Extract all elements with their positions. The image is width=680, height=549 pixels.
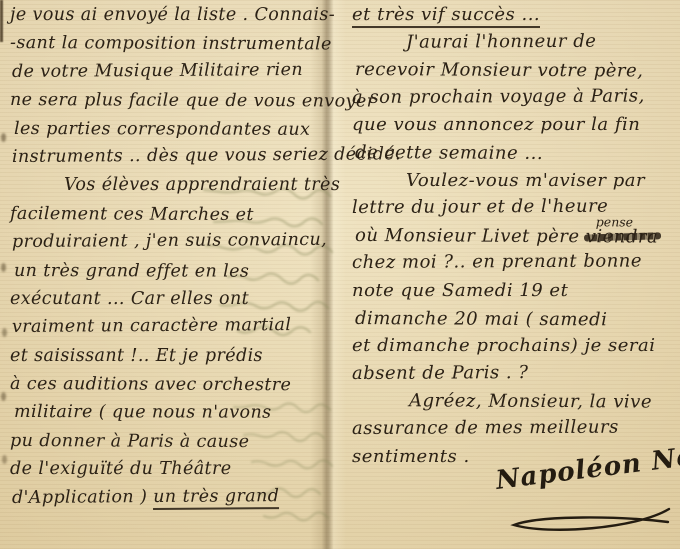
letter-scan: je vous ai envoyé la liste . Connais- -s… (0, 0, 680, 549)
handwritten-line: et dimanche prochains) je serai (352, 335, 674, 363)
handwritten-line: note que Samedi 19 et (352, 280, 674, 308)
handwritten-line: et très vif succès ... (352, 4, 674, 32)
line-text: où Monsieur Livet père (355, 225, 586, 247)
handwritten-line: recevoir Monsieur votre père, (355, 59, 674, 88)
handwritten-line: militaire ( que nous n'avons (14, 402, 318, 431)
left-edge-ink-marks (0, 0, 5, 9)
handwritten-line: d'Application ) un très grand (12, 486, 318, 517)
handwritten-line: de votre Musique Militaire rien (12, 60, 318, 91)
handwritten-line: dimanche 20 mai ( samedi (355, 308, 674, 337)
handwritten-line: facilement ces Marches et (10, 204, 318, 234)
handwritten-line: instruments .. dès que vous seriez décid… (12, 145, 318, 176)
handwritten-line: un très grand effet en les (14, 261, 318, 290)
handwritten-line: assurance de mes meilleurs (352, 416, 674, 445)
handwritten-line: que vous annoncez pour la fin (352, 114, 674, 142)
handwritten-line: je vous ai envoyé la liste . Connais- (10, 5, 318, 33)
handwritten-line: absent de Paris . ? (352, 361, 674, 390)
handwritten-line: -sant la composition instrumentale (10, 33, 318, 63)
handwritten-line: de cette semaine ... (355, 142, 674, 171)
signature-flourish (506, 505, 674, 537)
handwritten-line: ne sera plus facile que de vous envoyer (10, 90, 318, 120)
handwritten-line: vraiment un caractère martial (12, 315, 318, 346)
handwritten-line: de l'exiguïté du Théâtre (10, 459, 318, 487)
handwritten-line: exécutant ... Car elles ont (10, 289, 318, 317)
handwritten-line: les parties correspondantes aux (14, 119, 318, 148)
handwritten-line: J'aurai l'honneur de (352, 30, 674, 59)
handwritten-line: et saisissant !.. Et je prédis (10, 346, 318, 374)
handwritten-line: pu donner à Paris à cause (10, 431, 318, 461)
left-page: je vous ai envoyé la liste . Connais- -s… (10, 5, 318, 516)
corrected-word: penseviendra (586, 226, 659, 247)
handwritten-line: produiraient , j'en suis convaincu, (12, 230, 318, 261)
struck-word: viendra (586, 226, 659, 247)
underlined-phrase: un très grand (153, 486, 279, 510)
handwritten-line: Vos élèves apprendraient très (10, 175, 318, 203)
line-text: d'Application ) (12, 487, 153, 508)
handwritten-line: Voulez-vous m'aviser par (352, 170, 674, 198)
handwritten-line: à ces auditions avec orchestre (10, 374, 318, 404)
underlined-phrase: et très vif succès ... (352, 4, 540, 28)
handwritten-line: chez moi ?.. en prenant bonne (352, 251, 674, 280)
right-page: et très vif succès ... J'aurai l'honneur… (352, 4, 674, 473)
handwritten-line: Agréez, Monsieur, la vive (355, 390, 674, 419)
handwritten-line: à son prochain voyage à Paris, (352, 85, 674, 114)
